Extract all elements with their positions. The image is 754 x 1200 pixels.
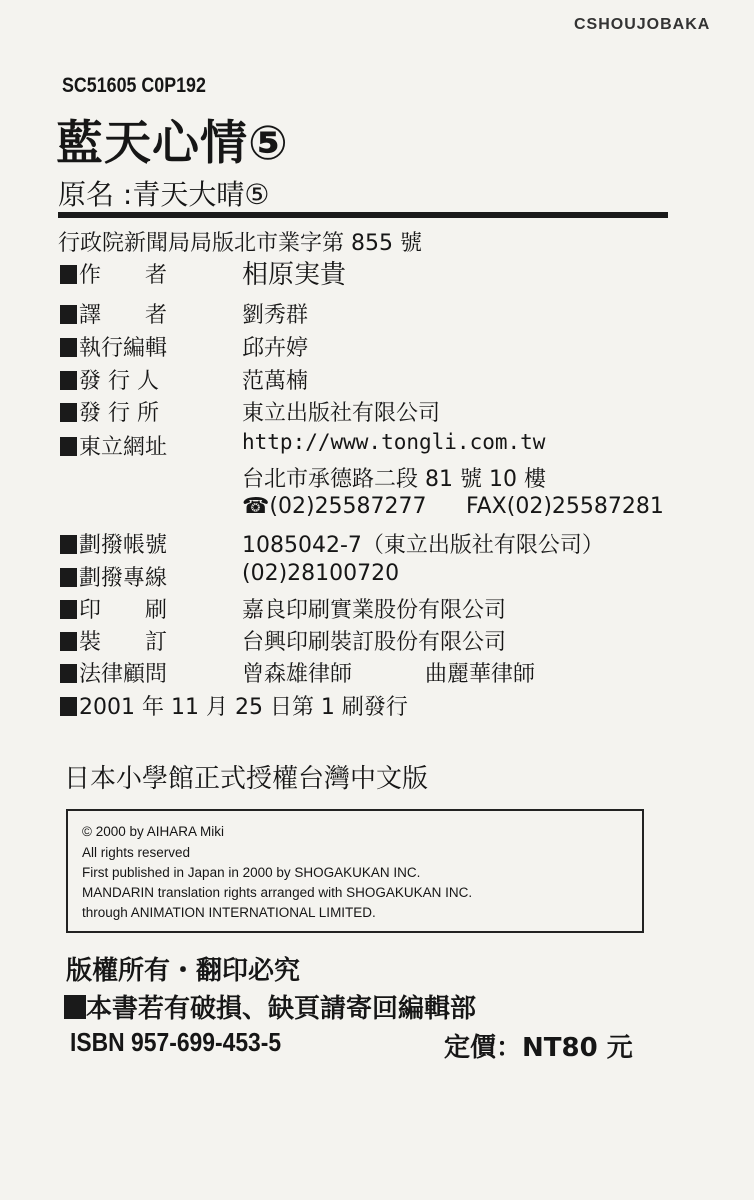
divider xyxy=(58,212,668,218)
copyright-line: MANDARIN translation rights arranged wit… xyxy=(82,885,472,900)
fax-number: FAX(02)25587281 xyxy=(466,494,664,519)
credit-label: 劃撥帳號 xyxy=(79,528,229,559)
credit-label: 發 行 所 xyxy=(79,396,229,427)
bullet-square-icon xyxy=(60,632,77,651)
credit-row: 發 行 人范萬楠 xyxy=(60,364,229,396)
credit-label: 東立網址 xyxy=(79,430,229,461)
credit-value: 劉秀群 xyxy=(242,298,308,329)
bullet-square-icon xyxy=(60,265,77,284)
credit-row: 法律顧問曾森雄律師曲麗華律師 xyxy=(60,657,229,689)
credit-value: 相原実貴 xyxy=(242,254,346,291)
rights-notice: 版權所有・翻印必究 xyxy=(66,950,300,987)
book-title: 藍天心情⑤ xyxy=(56,106,289,173)
license-number: 行政院新聞局局版北市業字第 855 號 xyxy=(58,226,422,257)
credit-value: 范萬楠 xyxy=(242,364,308,395)
bullet-square-icon xyxy=(60,437,77,456)
print-date-row: 2001 年 11 月 25 日第 1 刷發行 xyxy=(60,690,408,722)
credit-row: 印 刷嘉良印刷實業股份有限公司 xyxy=(60,593,229,625)
credit-label: 法律顧問 xyxy=(79,657,229,688)
bullet-square-icon xyxy=(60,568,77,587)
credit-row: 裝 訂台興印刷裝訂股份有限公司 xyxy=(60,625,229,657)
copyright-line: First published in Japan in 2000 by SHOG… xyxy=(82,865,420,880)
credit-value: 邱卉婷 xyxy=(242,331,308,362)
original-title: 原名 :青天大晴⑤ xyxy=(58,173,269,213)
credit-value-2: 曲麗華律師 xyxy=(425,657,535,688)
credit-row: 劃撥專線(02)28100720 xyxy=(60,561,229,593)
website-link[interactable]: http://www.tongli.com.tw xyxy=(242,430,545,454)
copyright-box: © 2000 by AIHARA Miki All rights reserve… xyxy=(66,809,644,933)
copyright-line: through ANIMATION INTERNATIONAL LIMITED. xyxy=(82,905,376,920)
phone-number: ☎(02)25587277 xyxy=(242,494,427,519)
isbn: ISBN 957-699-453-5 xyxy=(70,1027,281,1058)
scanlator-watermark: CSHOUJOBAKA xyxy=(574,16,710,34)
print-date: 2001 年 11 月 25 日第 1 刷發行 xyxy=(79,695,408,720)
bullet-square-icon xyxy=(60,371,77,390)
credit-value: 台興印刷裝訂股份有限公司 xyxy=(242,625,506,656)
bullet-square-icon xyxy=(60,305,77,324)
credit-label: 劃撥專線 xyxy=(79,561,229,592)
bullet-square-icon xyxy=(60,403,77,422)
price: 定價：NT80 元 xyxy=(444,1027,633,1064)
damage-notice-text: 本書若有破損、缺頁請寄回編輯部 xyxy=(86,994,476,1024)
address: 台北市承德路二段 81 號 10 樓 xyxy=(242,462,546,493)
credit-row: 執行編輯邱卉婷 xyxy=(60,331,229,363)
credit-label: 作 者 xyxy=(79,258,229,289)
bullet-square-icon xyxy=(60,664,77,683)
copyright-line: All rights reserved xyxy=(82,845,190,860)
credit-label: 裝 訂 xyxy=(79,625,229,656)
credit-row: 劃撥帳號1085042-7（東立出版社有限公司） xyxy=(60,528,229,560)
catalog-code: SC51605 C0P192 xyxy=(62,74,206,98)
credit-row: 作 者相原実貴 xyxy=(60,258,229,290)
credit-value: 嘉良印刷實業股份有限公司 xyxy=(242,593,506,624)
credit-row: 發 行 所東立出版社有限公司 xyxy=(60,396,229,428)
credit-value: 曾森雄律師 xyxy=(242,657,352,688)
credit-row: 譯 者劉秀群 xyxy=(60,298,229,330)
credit-row: 東立網址http://www.tongli.com.tw xyxy=(60,430,229,462)
bullet-square-icon xyxy=(60,535,77,554)
credit-value: 東立出版社有限公司 xyxy=(242,396,440,427)
bullet-square-icon xyxy=(64,995,86,1019)
bullet-square-icon xyxy=(60,338,77,357)
credit-value: 1085042-7（東立出版社有限公司） xyxy=(242,528,604,559)
bullet-square-icon xyxy=(60,697,77,716)
credit-label: 發 行 人 xyxy=(79,364,229,395)
credit-value: (02)28100720 xyxy=(242,561,399,586)
bullet-square-icon xyxy=(60,600,77,619)
official-license-statement: 日本小學館正式授權台灣中文版 xyxy=(64,758,428,795)
credit-label: 執行編輯 xyxy=(79,331,229,362)
credit-label: 譯 者 xyxy=(79,298,229,329)
copyright-line: © 2000 by AIHARA Miki xyxy=(82,824,224,839)
damage-notice: 本書若有破損、缺頁請寄回編輯部 xyxy=(64,988,476,1025)
credit-label: 印 刷 xyxy=(79,593,229,624)
